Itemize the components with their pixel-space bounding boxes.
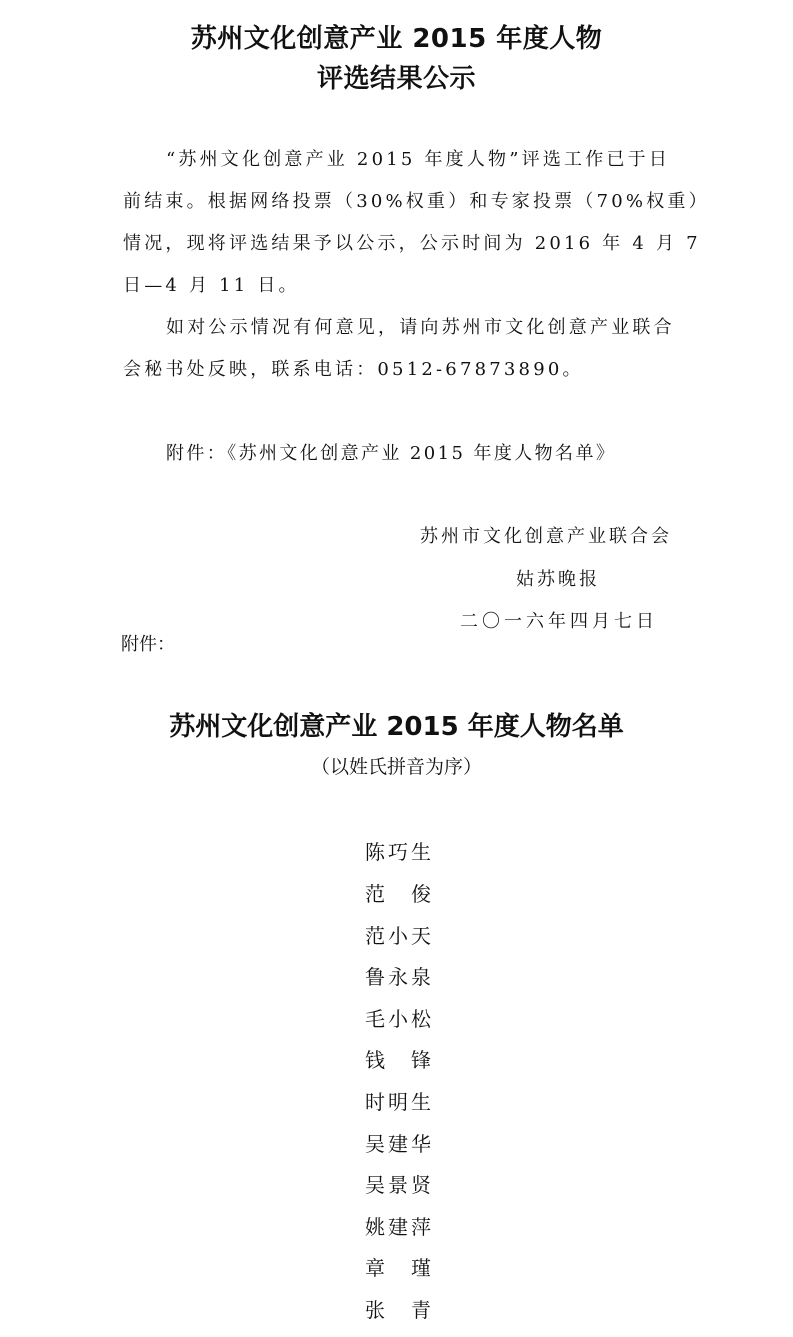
paragraph-line: 前结束。根据网络投票（30%权重）和专家投票（70%权重） <box>123 187 710 213</box>
paragraph-line: 情况，现将评选结果予以公示，公示时间为 2016 年 4 月 7 <box>123 229 701 255</box>
list-item: 张 青 <box>365 1294 431 1323</box>
paragraph-line: 会秘书处反映，联系电话：0512-67873890。 <box>123 355 584 381</box>
list-item: 时明生 <box>365 1086 431 1115</box>
list-item: 范 俊 <box>365 878 431 907</box>
page-title-line1: 苏州文化创意产业 2015 年度人物 <box>0 18 793 55</box>
list-item: 吴景贤 <box>365 1169 431 1198</box>
paragraph-line: 如对公示情况有何意见，请向苏州市文化创意产业联合 <box>166 313 675 339</box>
attachment-reference: 附件：《苏州文化创意产业 2015 年度人物名单》 <box>166 439 616 465</box>
list-item: 范小天 <box>365 920 431 949</box>
list-item: 姚建萍 <box>365 1211 431 1240</box>
signature-date: 二〇一六年四月七日 <box>460 607 658 633</box>
paragraph-line: 日—4 月 11 日。 <box>123 271 300 297</box>
list-item: 吴建华 <box>365 1128 431 1157</box>
page-title-line2: 评选结果公示 <box>0 58 793 95</box>
paragraph-line: “苏州文化创意产业 2015 年度人物”评选工作已于日 <box>166 145 670 171</box>
list-item: 章 瑾 <box>365 1252 431 1281</box>
list-item: 鲁永泉 <box>365 961 431 990</box>
list-item: 钱 锋 <box>365 1044 431 1073</box>
list-subtitle: （以姓氏拼音为序） <box>0 752 793 779</box>
list-item: 陈巧生 <box>365 836 431 865</box>
signature-org1: 苏州市文化创意产业联合会 <box>420 522 672 548</box>
attachment-label: 附件： <box>121 630 175 656</box>
list-title: 苏州文化创意产业 2015 年度人物名单 <box>0 706 793 743</box>
list-item: 毛小松 <box>365 1003 431 1032</box>
signature-org2: 姑苏晚报 <box>516 565 600 591</box>
